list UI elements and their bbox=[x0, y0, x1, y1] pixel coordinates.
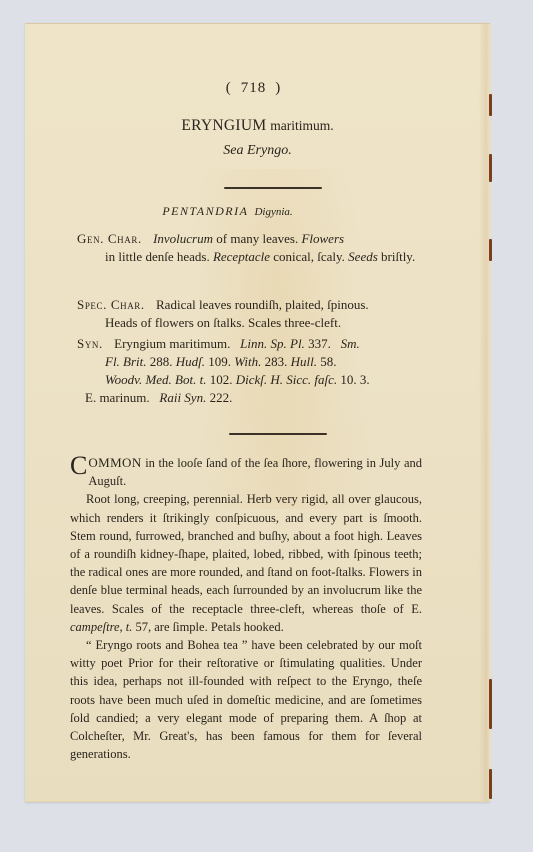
common-name: Sea Eryngo. bbox=[25, 143, 490, 159]
page-number: (718) bbox=[25, 80, 482, 97]
synonymy: Syn. Eryngium maritimum. Linn. Sp. Pl. 3… bbox=[77, 335, 423, 407]
synonymy-alt: E. marinum. Raii Syn. 222. bbox=[77, 389, 423, 407]
linnaean-classification: PENTANDRIA Digynia. bbox=[25, 204, 430, 219]
description-paragraph: Root long, creeping, perennial. Herb ver… bbox=[70, 490, 422, 636]
book-page: (718) ERYNGIUM maritimum. Sea Eryngo. PE… bbox=[25, 23, 490, 802]
edge-stain bbox=[489, 94, 492, 116]
edge-stain bbox=[489, 679, 492, 729]
synonymy-line-3: Woodv. Med. Bot. t. 102. Dickſ. H. Sicc.… bbox=[77, 371, 423, 389]
generic-character: Gen. Char. Involucrum of many leaves. Fl… bbox=[77, 230, 423, 266]
synonymy-line-2: Fl. Brit. 288. Hudſ. 109. With. 283. Hul… bbox=[77, 353, 423, 371]
species-title: ERYNGIUM maritimum. bbox=[25, 117, 490, 135]
uses-paragraph: “ Eryngo roots and Bohea tea ” have been… bbox=[70, 636, 422, 763]
habitat-paragraph: COMMON in the looſe ſand of the ſea ſhor… bbox=[70, 454, 422, 490]
description-body: COMMON in the looſe ſand of the ſea ſhor… bbox=[70, 454, 422, 763]
divider-rule bbox=[229, 433, 327, 435]
edge-stain bbox=[489, 769, 492, 799]
specific-character: Spec. Char. Radical leaves roundiſh, pla… bbox=[77, 296, 423, 332]
edge-stain bbox=[489, 239, 492, 261]
divider-rule bbox=[224, 187, 322, 189]
